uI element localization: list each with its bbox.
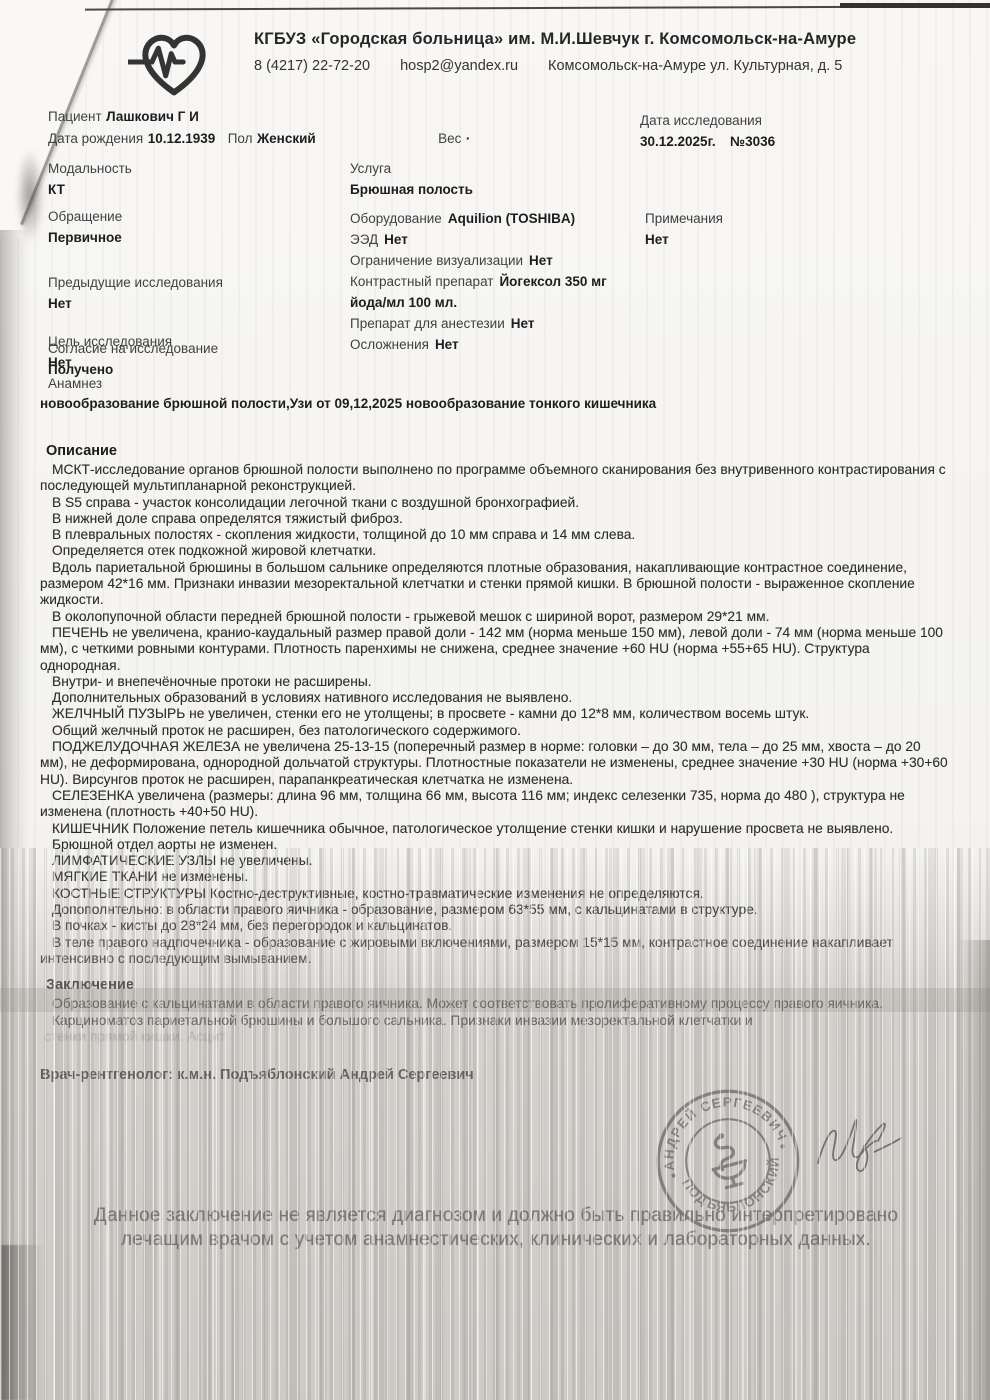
anamnesis-value: новообразование брюшной полости,Узи от 0… xyxy=(40,394,940,414)
document-content: КГБУЗ «Городская больница» им. М.И.Шевчу… xyxy=(0,0,990,1400)
patient-dob-row: Дата рождения 10.12.1939 Пол Женский Вес… xyxy=(48,128,608,150)
visual-limit-label: Ограничение визуализации xyxy=(350,253,523,268)
report-paragraph: ЛИМФАТИЧЕСКИЕ УЗЛЫ не увеличены. xyxy=(40,853,948,869)
header-text: КГБУЗ «Городская больница» им. М.И.Шевчу… xyxy=(254,24,868,74)
doctor-handwritten-signature xyxy=(812,1108,907,1193)
patient-info: Пациент Лашкович Г И Дата рождения 10.12… xyxy=(48,106,608,150)
modality-value: КТ xyxy=(48,179,132,200)
referral-field: Обращение Первичное xyxy=(48,206,338,248)
eed-value: Нет xyxy=(384,232,408,247)
anesthesia-label: Препарат для анестезии xyxy=(350,316,505,331)
document-header: КГБУЗ «Городская больница» им. М.И.Шевчу… xyxy=(128,24,868,100)
study-date-label: Дата исследования xyxy=(640,110,775,131)
study-date-block: Дата исследования 30.12.2025г. №3036 xyxy=(640,110,775,152)
report-paragraph: МСКТ-исследование органов брюшной полост… xyxy=(40,462,948,495)
complications-field: ОсложненияНет xyxy=(350,334,642,355)
meta-right-column: Примечания Нет xyxy=(645,208,723,250)
goal-value: Нет xyxy=(48,352,172,373)
visual-limit-field: Ограничение визуализацииНет xyxy=(350,250,642,271)
report-paragraph: Вдоль париетальной брюшины в большом сал… xyxy=(40,560,948,609)
modality-block: Модальность КТ xyxy=(48,158,132,200)
hospital-heart-ekg-logo xyxy=(128,24,220,100)
anamnesis-label: Анамнез xyxy=(40,374,940,394)
previous-studies-value: Нет xyxy=(48,293,338,314)
notes-label: Примечания xyxy=(645,208,723,229)
meta-middle-column: ОборудованиеAquilion (TOSHIBA) ЭЭДНет Ог… xyxy=(350,208,642,355)
report-paragraph: В теле правого надпочечника - образовани… xyxy=(40,935,948,968)
report-paragraph: Общий желчный проток не расширен, без па… xyxy=(40,723,948,739)
description-title: Описание xyxy=(40,443,948,459)
report-paragraph: В околопупочной области передней брюшной… xyxy=(40,609,948,625)
sex-value: Женский xyxy=(257,131,316,146)
goal-block: Цель исследования Нет xyxy=(48,331,172,373)
report-paragraph: В почках - кисты до 28*24 мм, без перего… xyxy=(40,918,948,934)
report-paragraph: В плевральных полостях - скопления жидко… xyxy=(40,527,948,543)
radiologist-signature-line: Врач-рентгенолог: к.м.н. Подъяблонский А… xyxy=(40,1067,948,1083)
anesthesia-field: Препарат для анестезииНет xyxy=(350,313,642,334)
report-paragraph: Дополнительных образований в условиях на… xyxy=(40,690,948,706)
patient-name-row: Пациент Лашкович Г И xyxy=(48,106,608,128)
anesthesia-value: Нет xyxy=(511,316,535,331)
patient-name: Лашкович Г И xyxy=(106,109,199,124)
report-paragraph: Образование с кальцинатами в области пра… xyxy=(40,996,948,1012)
equipment-value: Aquilion (TOSHIBA) xyxy=(448,211,575,226)
report-paragraph: В нижней доле справа определятся тяжисты… xyxy=(40,511,948,527)
contrast-label: Контрастный препарат xyxy=(350,274,493,289)
modality-label: Модальность xyxy=(48,158,132,179)
disclaimer-text: Данное заключение не является диагнозом … xyxy=(65,1204,927,1252)
service-block: Услуга Брюшная полость xyxy=(350,158,473,200)
equipment-label: Оборудование xyxy=(350,211,442,226)
report-paragraph: ПЕЧЕНЬ не увеличена, кранио-каудальный р… xyxy=(40,625,948,674)
contrast-field: Контрастный препаратЙогексол 350 мг йода… xyxy=(350,271,642,313)
report-paragraph: Внутри- и внепечёночные протоки не расши… xyxy=(40,674,948,690)
previous-studies-label: Предыдущие исследования xyxy=(48,272,338,293)
study-date-value: 30.12.2025г. xyxy=(640,134,716,149)
organization-name: КГБУЗ «Городская больница» им. М.И.Шевчу… xyxy=(254,30,868,49)
report-paragraph: ПОДЖЕЛУДОЧНАЯ ЖЕЛЕЗА не увеличена 25-13-… xyxy=(40,739,948,788)
report-paragraph: В S5 справа - участок консолидации легоч… xyxy=(40,495,948,511)
dob-value: 10.12.1939 xyxy=(148,131,216,146)
report-body: Описание МСКТ-исследование органов брюшн… xyxy=(40,443,948,1083)
report-paragraph: Карциноматоз париетальной брюшины и боль… xyxy=(40,1013,948,1029)
bowl-of-hygieia-icon xyxy=(704,1129,751,1190)
referral-label: Обращение xyxy=(48,206,338,227)
complications-value: Нет xyxy=(435,337,459,352)
anamnesis-block: Анамнез новообразование брюшной полости,… xyxy=(40,374,940,414)
report-paragraph: СЕЛЕЗЕНКА увеличена (размеры: длина 96 м… xyxy=(40,788,948,821)
conclusion-paragraphs: Образование с кальцинатами в области пра… xyxy=(40,996,948,1029)
postal-address: Комсомольск-на-Амуре ул. Культурная, д. … xyxy=(548,58,842,74)
service-value: Брюшная полость xyxy=(350,179,473,200)
equipment-field: ОборудованиеAquilion (TOSHIBA) xyxy=(350,208,642,229)
weight-label: Вес xyxy=(438,131,461,146)
patient-label: Пациент xyxy=(48,109,102,124)
eed-field: ЭЭДНет xyxy=(350,229,642,250)
description-paragraphs: МСКТ-исследование органов брюшной полост… xyxy=(40,462,948,967)
report-paragraph: КОСТНЫЕ СТРУКТУРЫ Костно-деструктивные, … xyxy=(40,886,948,902)
phone-number: 8 (4217) 22-72-20 xyxy=(254,58,370,74)
sex-label: Пол xyxy=(228,131,253,146)
weight-value: · xyxy=(466,131,471,146)
description-section: Описание МСКТ-исследование органов брюшн… xyxy=(40,443,948,967)
notes-value: Нет xyxy=(645,229,723,250)
report-paragraph: Брюшной отдел аорты не изменен. xyxy=(40,837,948,853)
dob-label: Дата рождения xyxy=(48,131,143,146)
report-paragraph: КИШЕЧНИК Положение петель кишечника обыч… xyxy=(40,821,948,837)
email-address: hosp2@yandex.ru xyxy=(400,58,518,74)
study-date-row: 30.12.2025г. №3036 xyxy=(640,131,775,152)
study-number: №3036 xyxy=(730,134,775,149)
goal-label: Цель исследования xyxy=(48,331,172,352)
referral-value: Первичное xyxy=(48,227,338,248)
report-paragraph: Определяется отек подкожной жировой клет… xyxy=(40,543,948,559)
eed-label: ЭЭД xyxy=(350,232,378,247)
conclusion-section: Заключение Образование с кальцинатами в … xyxy=(40,977,948,1045)
service-label: Услуга xyxy=(350,158,473,179)
stamp-left-dot xyxy=(671,1173,676,1178)
previous-studies-field: Предыдущие исследования Нет xyxy=(48,272,338,314)
stamp-right-dot xyxy=(780,1144,785,1149)
complications-label: Осложнения xyxy=(350,337,429,352)
report-paragraph: Допополнтельно: в области правого яичник… xyxy=(40,902,948,918)
conclusion-faded-line: стенки прямой кишки. Асцит xyxy=(40,1029,948,1045)
report-paragraph: ЖЕЛЧНЫЙ ПУЗЫРЬ не увеличен, стенки его н… xyxy=(40,706,948,722)
weight-row: Вес · xyxy=(438,130,470,147)
report-paragraph: МЯГКИЕ ТКАНИ не изменены. xyxy=(40,869,948,885)
organization-contacts: 8 (4217) 22-72-20 hosp2@yandex.ru Комсом… xyxy=(254,58,868,74)
conclusion-title: Заключение xyxy=(40,977,948,993)
visual-limit-value: Нет xyxy=(529,253,553,268)
scanned-report-page: КГБУЗ «Городская больница» им. М.И.Шевчу… xyxy=(0,0,990,1400)
